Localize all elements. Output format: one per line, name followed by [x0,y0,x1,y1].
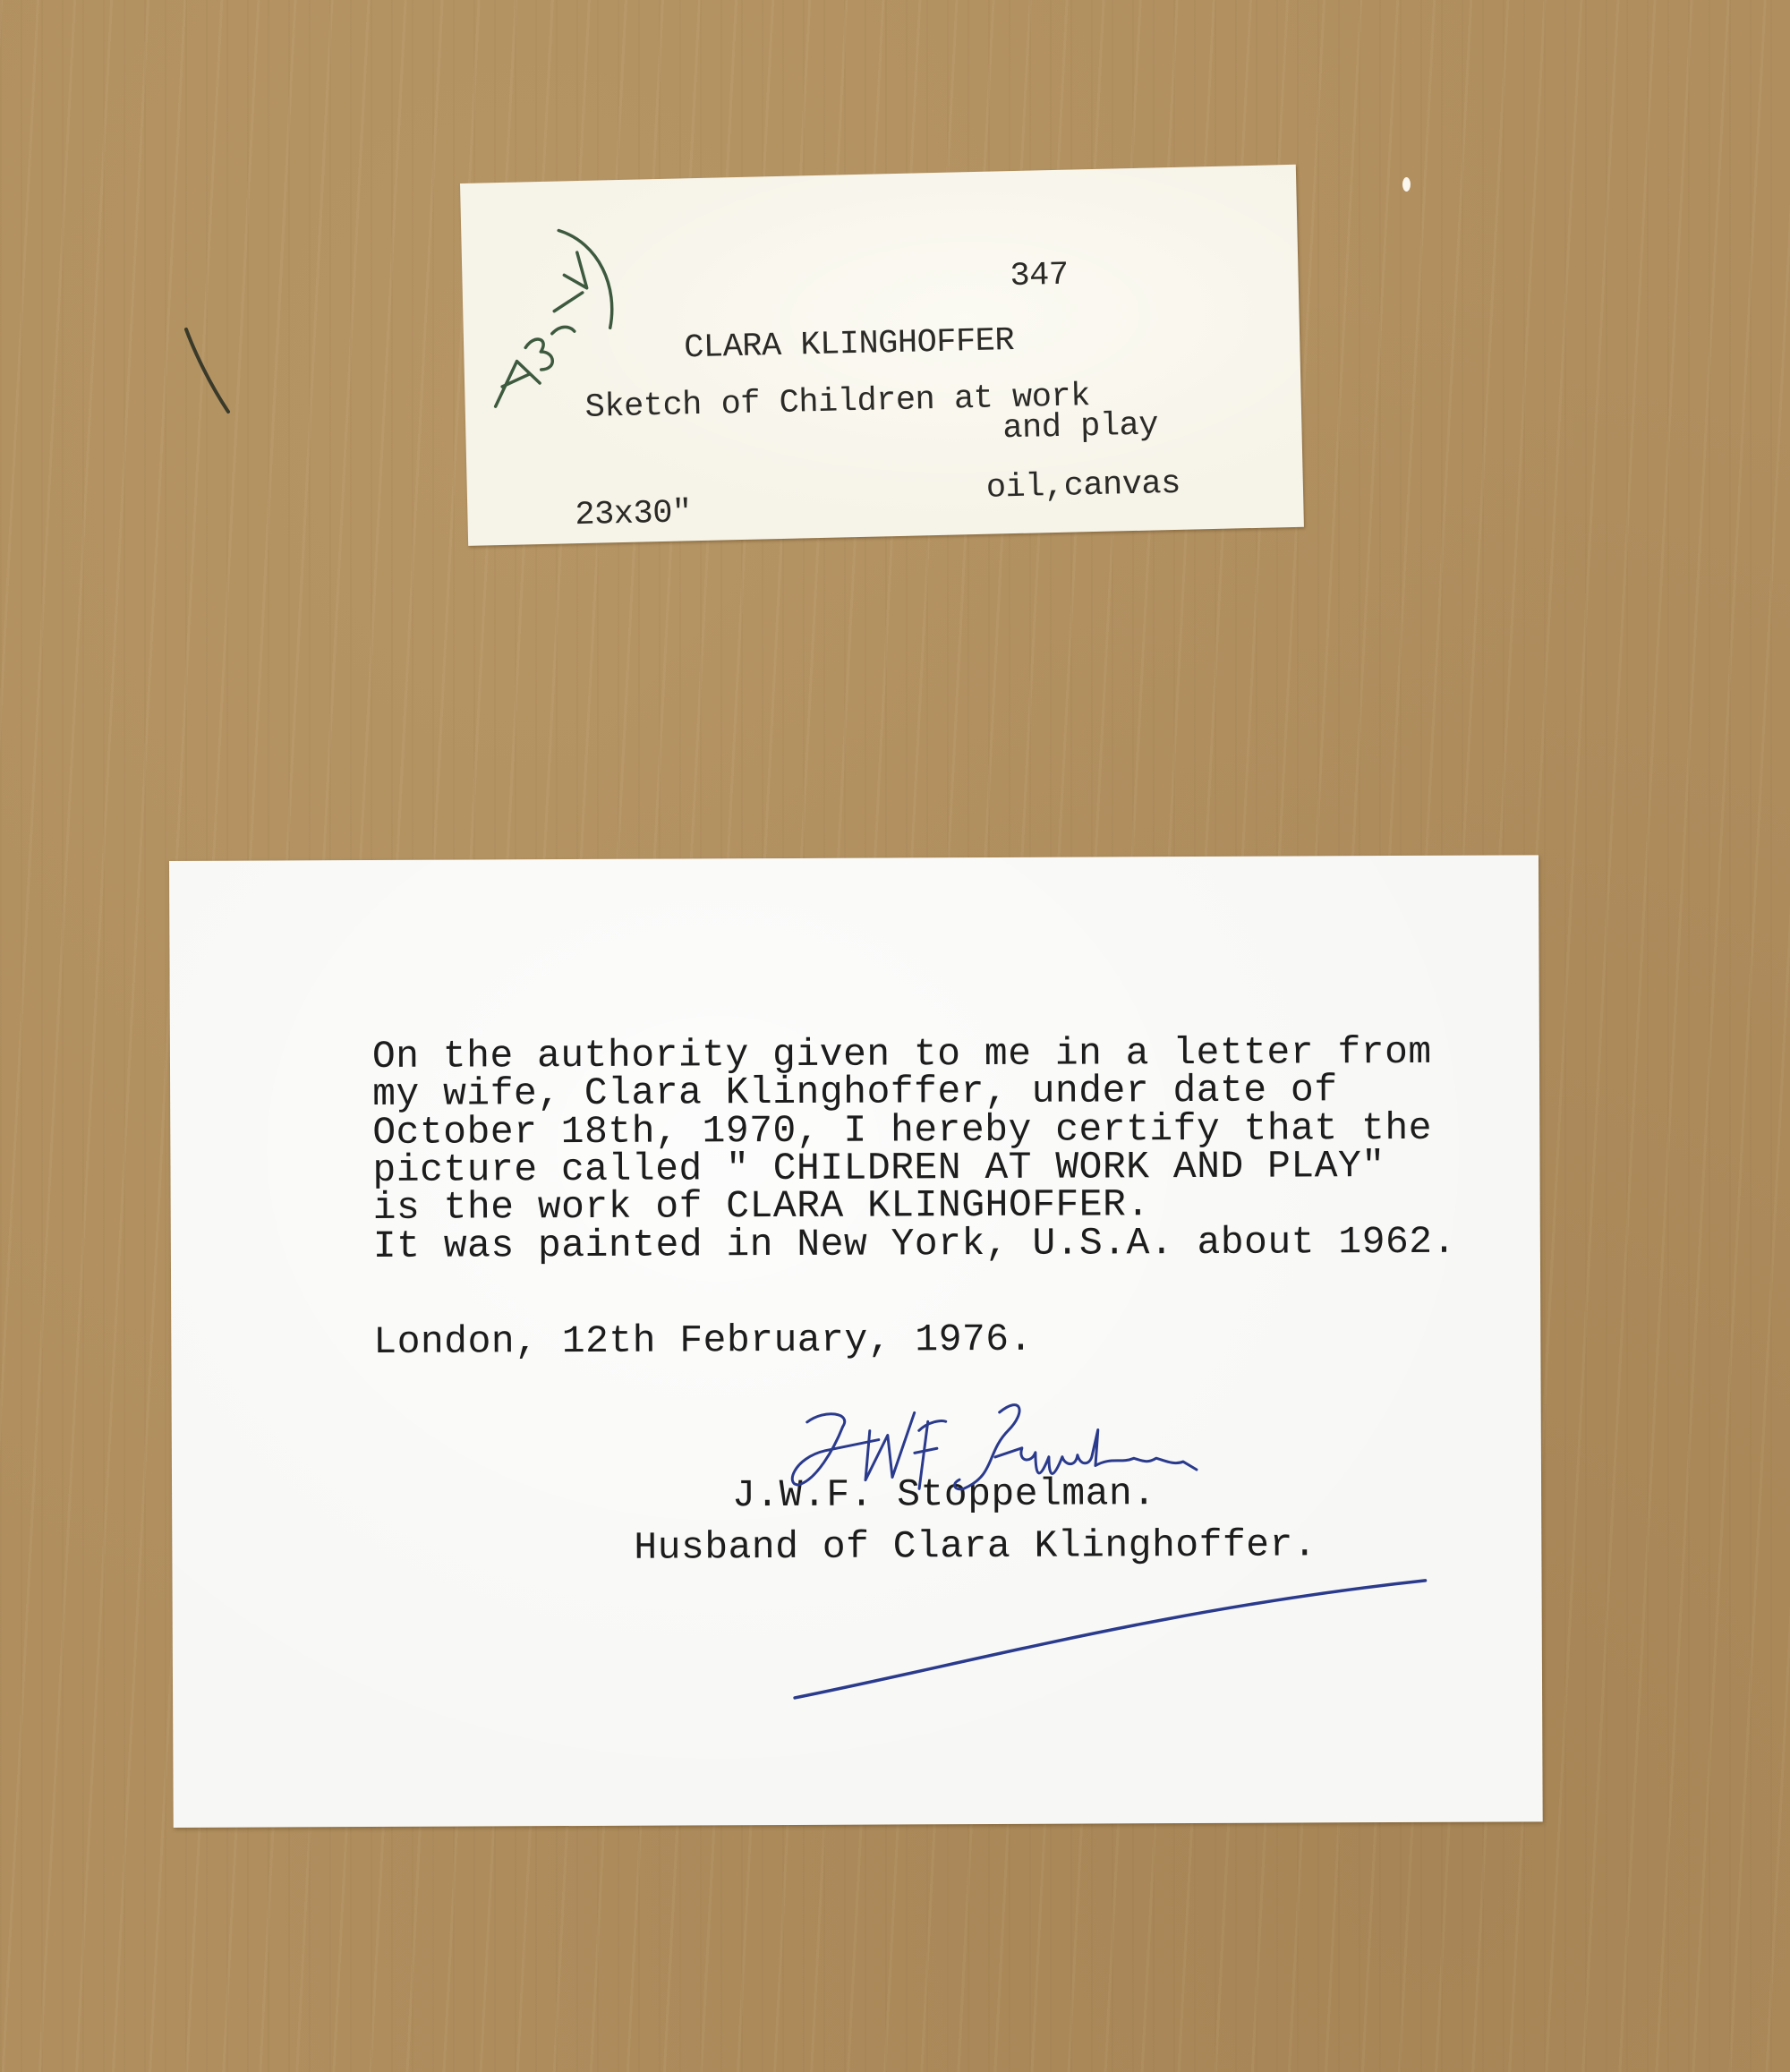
handwritten-annotation-A3-14 [482,225,621,415]
certification-letter: On the authority given to me in a letter… [169,855,1543,1828]
handwritten-signature [780,1394,1283,1512]
signature-underline [789,1572,1435,1709]
catalogue-label: 347 CLARA KLINGHOFFER Sketch of Children… [460,165,1304,546]
letter-line-6: It was painted in New York, U.S.A. about… [373,1223,1456,1266]
artwork-medium: oil,canvas [985,468,1181,506]
pencil-tick-mark [179,322,242,421]
catalogue-number: 347 [1010,260,1069,294]
signatory-title: Husband of Clara Klinghoffer. [634,1525,1317,1566]
artwork-title-line2: and play [1002,409,1158,446]
artwork-dimensions: 23x30" [575,497,692,533]
cardboard-speck [1402,177,1411,192]
place-and-date: London, 12th February, 1976. [373,1320,1033,1361]
artist-name: CLARA KLINGHOFFER [684,325,1015,365]
